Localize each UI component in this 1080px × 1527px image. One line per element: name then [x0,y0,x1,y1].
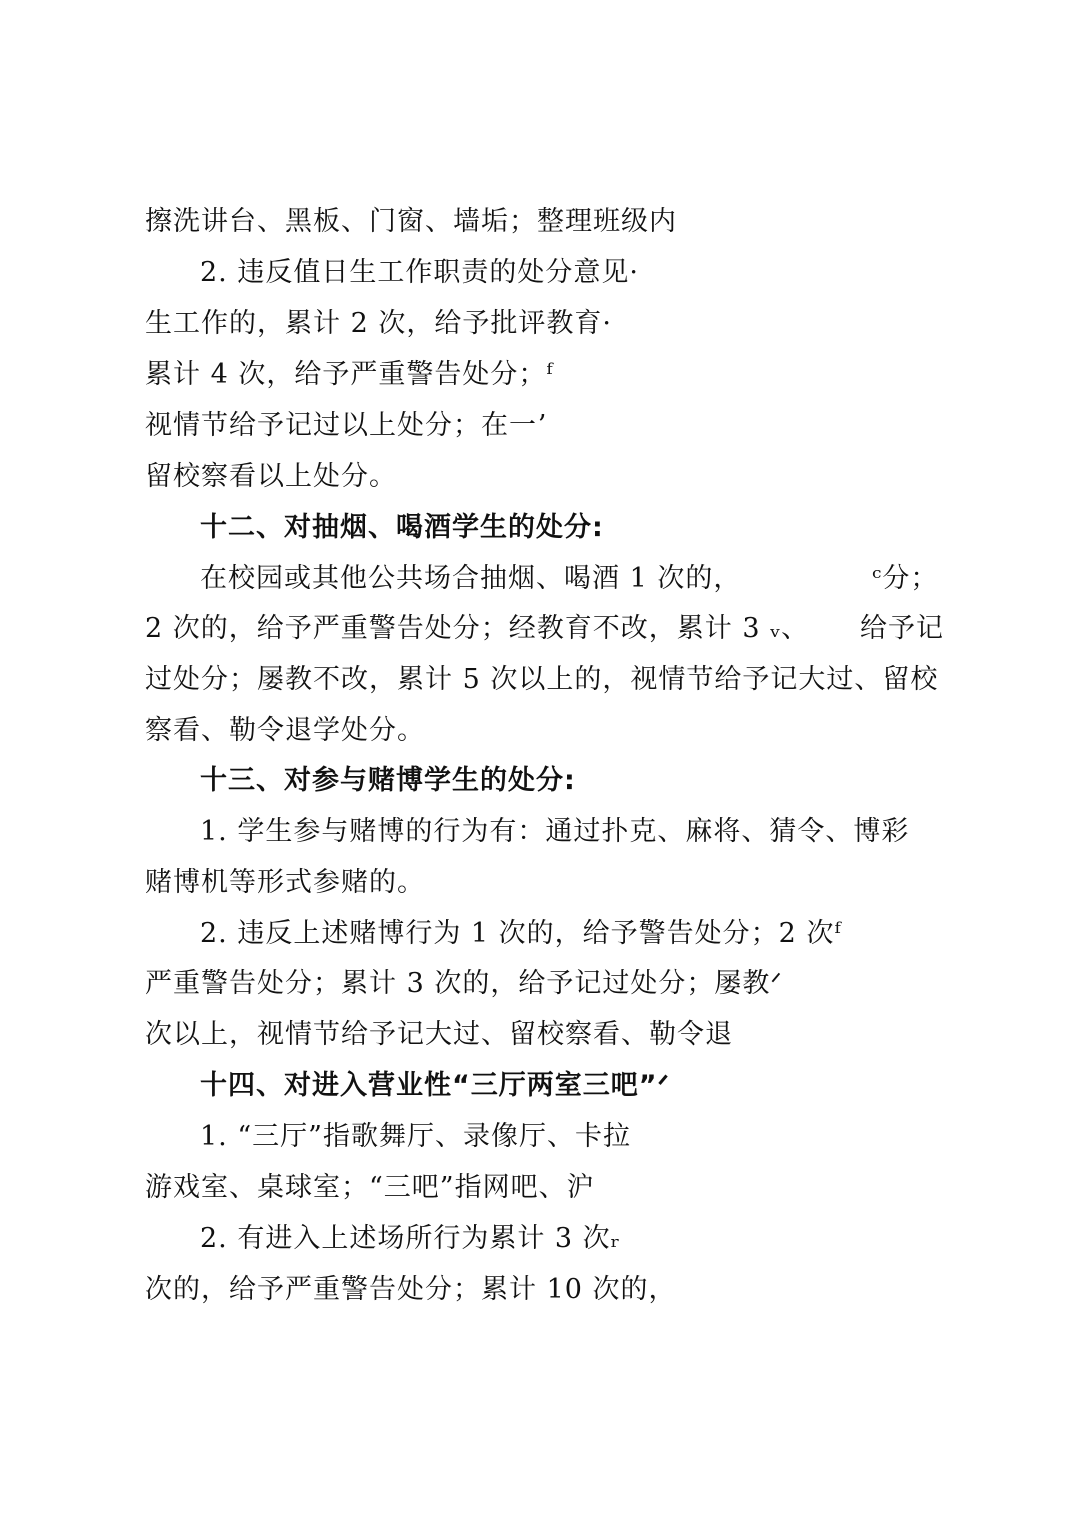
body-line: 2. 违反上述赌博行为 1 次的，给予警告处分；2 次ᶠ [200,917,841,951]
section-heading-13: 十三、对参与赌博学生的处分: [200,764,576,798]
body-line: 视情节给予记过以上处分；在一ʼ [145,409,547,443]
body-line: 1. “三厅”指歌舞厅、录像厅、卡拉 [200,1120,631,1154]
section-heading-12: 十二、对抽烟、喝酒学生的处分: [200,511,604,545]
body-line: 过处分；屡教不改，累计 5 次以上的，视情节给予记大过、留校 [145,663,938,697]
body-line: 在校园或其他公共场合抽烟、喝酒 1 次的， [200,562,741,596]
body-line-part: 2 次的，给予严重警告处分；经教育不改，累计 3 ᵥ、 [145,613,809,644]
body-line: 察看、勒令退学处分。 [145,714,425,748]
body-line-fragment: 给予记 [860,612,944,646]
body-line: 累计 4 次，给予严重警告处分；ᶠ [145,358,553,392]
body-line: 生工作的，累计 2 次，给予批评教育· [145,307,612,341]
body-line-part: 在校园或其他公共场合抽烟、喝酒 1 次的， [200,563,741,594]
body-line: 次以上，视情节给予记大过、留校察看、勒令退 [145,1018,733,1052]
body-line: 擦洗讲台、黑板、门窗、墙垢；整理班级内 [145,205,677,239]
body-line: 2. 违反值日生工作职责的处分意见· [200,256,639,290]
body-line: 2 次的，给予严重警告处分；经教育不改，累计 3 ᵥ、 [145,612,809,646]
body-line: 留校察看以上处分。 [145,460,397,494]
body-line-fragment: ᶜ分； [872,562,938,596]
body-line: 赌博机等形式参赌的。 [145,866,425,900]
body-line: 2. 有进入上述场所行为累计 3 次ᵣ [200,1222,621,1256]
body-line: 次的，给予严重警告处分；累计 10 次的， [145,1273,677,1307]
body-line: 严重警告处分；累计 3 次的，给予记过处分；屡教ᐟ [145,967,783,1001]
body-line: 游戏室、桌球室；“三吧”指网吧、沪 [145,1171,595,1205]
section-heading-14: 十四、对进入营业性“三厅两室三吧”ᐟ [200,1069,670,1103]
body-line: 1. 学生参与赌博的行为有：通过扑克、麻将、猜令、博彩 [200,815,909,849]
